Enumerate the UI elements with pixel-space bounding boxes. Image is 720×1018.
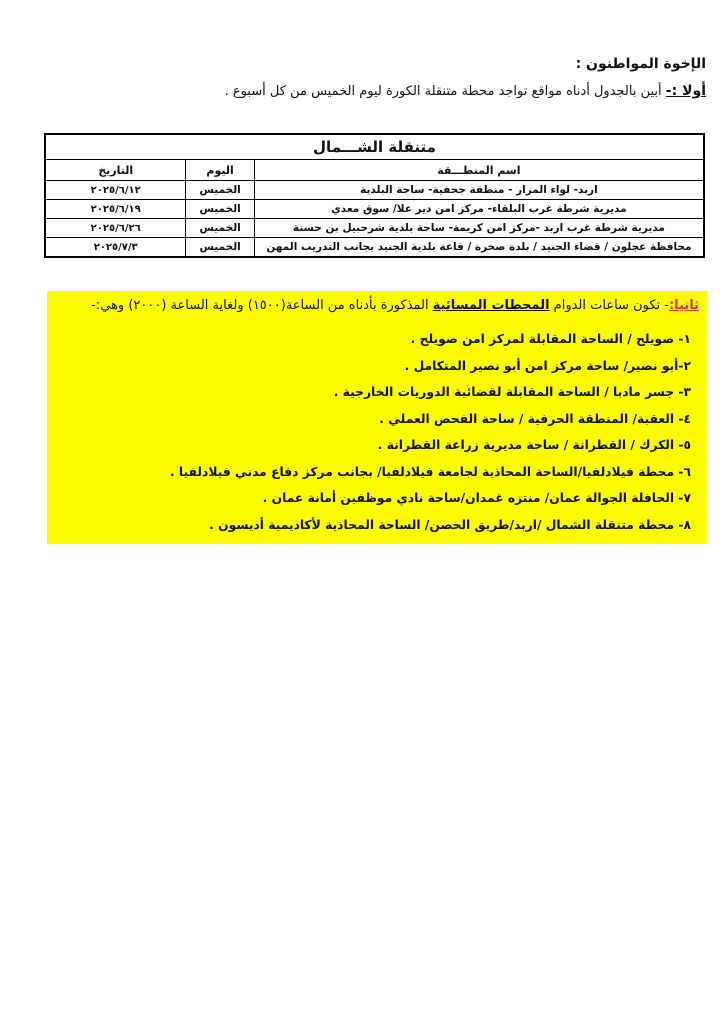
table-title: متنقلة الشـــمال xyxy=(45,134,704,160)
second-section-text-after: المذكورة بأدناه من الساعة(١٥٠٠) ولغاية ا… xyxy=(91,298,433,313)
column-header-day: اليوم xyxy=(186,160,254,181)
station-item: ٦- محطة فيلادلفيا/الساحة المحاذية لجامعة… xyxy=(47,459,691,486)
schedule-table: متنقلة الشـــمال اسم المنطـــقة اليوم ال… xyxy=(44,133,705,258)
first-section-label: أولا :- xyxy=(666,83,706,99)
first-section-line: أولا :- أبين بالجدول أدناه مواقع تواجد م… xyxy=(225,83,706,99)
table-header-row: اسم المنطـــقة اليوم التاريخ xyxy=(45,160,704,181)
table-row: اربد- لواء المزار - منطقة جحفية- ساحة ال… xyxy=(45,181,704,200)
table-row: محافظة عجلون / قضاء الجنيد / بلدة صخرة /… xyxy=(45,238,704,258)
station-item: ٤- العقبة/ المنطقة الحرفية / ساحة الفحص … xyxy=(47,406,691,433)
area-cell: مديرية شرطة غرب البلقاء- مركز امن دير عل… xyxy=(254,200,704,219)
area-cell: اربد- لواء المزار - منطقة جحفية- ساحة ال… xyxy=(254,181,704,200)
table-row: مديرية شرطة غرب اربد -مركز امن كريمة- سا… xyxy=(45,219,704,238)
station-item: ٨- محطة متنقلة الشمال /اربد/طريق الحصن/ … xyxy=(47,512,691,539)
day-cell: الخميس xyxy=(186,219,254,238)
date-cell: ٢٠٢٥/٦/١٢ xyxy=(45,181,186,200)
column-header-area: اسم المنطـــقة xyxy=(254,160,704,181)
table-title-row: متنقلة الشـــمال xyxy=(45,134,704,160)
second-section-label: ثانيا: xyxy=(669,298,699,313)
column-header-date: التاريخ xyxy=(45,160,186,181)
intro-section: الإخوة المواطنون : أولا :- أبين بالجدول … xyxy=(225,56,706,99)
evening-stations-section: ثانيا:- تكون ساعات الدوام المحطات المسائ… xyxy=(47,291,707,544)
area-cell: مديرية شرطة غرب اربد -مركز امن كريمة- سا… xyxy=(254,219,704,238)
station-item: ٥- الكرك / القطرانة / ساحة مديرية زراعة … xyxy=(47,432,691,459)
station-list: ١- صويلح / الساحة المقابلة لمركز امن صوي… xyxy=(47,326,707,538)
first-section-text: أبين بالجدول أدناه مواقع تواجد محطة متنق… xyxy=(225,84,666,99)
station-item: ١- صويلح / الساحة المقابلة لمركز امن صوي… xyxy=(47,326,691,353)
document-page: الإخوة المواطنون : أولا :- أبين بالجدول … xyxy=(0,0,720,1018)
date-cell: ٢٠٢٥/٦/٢٦ xyxy=(45,219,186,238)
second-section-text-before: - تكون ساعات الدوام xyxy=(550,298,669,313)
day-cell: الخميس xyxy=(186,181,254,200)
station-item: ٢-أبو نصير/ ساحة مركز امن أبو نصير المتك… xyxy=(47,353,691,380)
area-cell: محافظة عجلون / قضاء الجنيد / بلدة صخرة /… xyxy=(254,238,704,258)
date-cell: ٢٠٢٥/٦/١٩ xyxy=(45,200,186,219)
day-cell: الخميس xyxy=(186,200,254,219)
station-item: ٣- جسر مادبا / الساحة المقابلة لقضائية ا… xyxy=(47,379,691,406)
second-section-heading: ثانيا:- تكون ساعات الدوام المحطات المسائ… xyxy=(47,291,707,313)
station-item: ٧- الحافلة الجوالة عمان/ منتزه غمدان/ساح… xyxy=(47,485,691,512)
greeting-line: الإخوة المواطنون : xyxy=(225,56,706,72)
table-row: مديرية شرطة غرب البلقاء- مركز امن دير عل… xyxy=(45,200,704,219)
date-cell: ٢٠٢٥/٧/٣ xyxy=(45,238,186,258)
second-section-highlighted-term: المحطات المسائية xyxy=(433,298,550,313)
day-cell: الخميس xyxy=(186,238,254,258)
